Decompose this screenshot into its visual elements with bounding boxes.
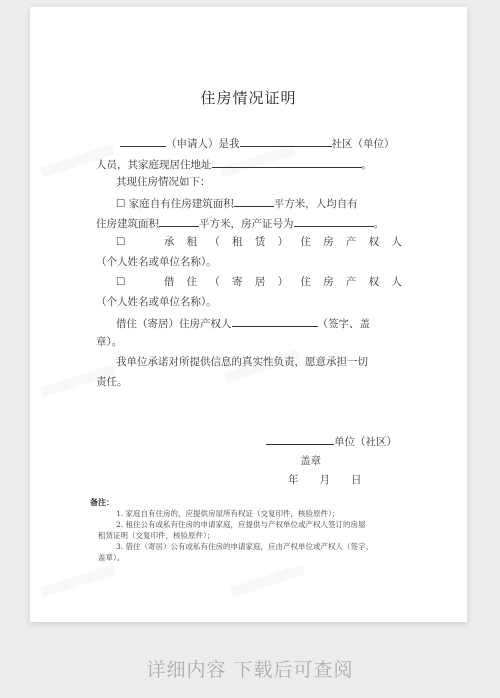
area-blank[interactable] — [234, 195, 274, 207]
text: （签字、盖 — [318, 318, 371, 330]
checkbox-lodging[interactable]: ☐ — [116, 275, 125, 289]
text: （ — [209, 235, 220, 249]
certificate-number-blank[interactable] — [294, 215, 374, 227]
text: 住 — [187, 275, 198, 289]
checkbox-rented[interactable]: ☐ — [116, 235, 125, 249]
document-page: ▒▒▒▒▒▒▒▒▒▒▒ ▒▒▒▒▒▒▒▒▒▒▒ ▒▒▒▒▒▒▒▒▒▒▒ ▒▒▒▒… — [30, 7, 467, 622]
text: 人 — [391, 235, 402, 249]
text: 单位（社区） — [334, 436, 397, 448]
applicant-name-blank[interactable] — [120, 135, 166, 147]
notes-title: 备注： — [90, 497, 410, 508]
applicant-line: （申请人）是我社区（单位） — [96, 135, 402, 151]
text: 房 — [323, 235, 334, 249]
text: 备注： — [90, 497, 114, 507]
document-title: 住房情况证明 — [30, 87, 467, 108]
option-owned-line1: ☐ 家庭自有住房建筑面积平方米，人均自有 — [96, 195, 402, 211]
owner-signature-line1: 借住（寄居）住房产权人（签字、盖 — [96, 315, 402, 331]
text: ） — [278, 275, 289, 289]
watermark: ▒▒▒▒▒▒▒▒▒▒▒ — [230, 565, 306, 598]
text: 权 — [369, 275, 380, 289]
note-item: 盖章）。 — [98, 552, 418, 563]
date-label: 年 月 日 — [288, 473, 388, 487]
text: 承 — [164, 235, 175, 249]
note-item: 3. 借住（寄居）公有或私有住房的申请家庭，应由产权单位或产权人（签字、 — [116, 541, 436, 552]
per-capita-area-blank[interactable] — [159, 215, 199, 227]
text: 产 — [346, 235, 357, 249]
text: 权 — [369, 235, 380, 249]
text: 。 — [362, 159, 373, 171]
text: 住 — [300, 275, 311, 289]
download-prompt[interactable]: 详细内容 下载后可查阅 — [0, 655, 500, 682]
text: 人员，其家庭现居住地址 — [96, 159, 212, 171]
owner-signature-blank[interactable] — [232, 315, 318, 327]
text: 人 — [391, 275, 402, 289]
text: ） — [278, 235, 289, 249]
text: 住 — [300, 235, 311, 249]
text: 房 — [323, 275, 334, 289]
text: 产 — [346, 275, 357, 289]
text: 家庭自有住房建筑面积 — [129, 198, 234, 210]
checkbox-owned[interactable]: ☐ — [116, 198, 125, 210]
text: 寄 — [232, 275, 243, 289]
text: （ — [209, 275, 220, 289]
option-lodging-line2: （个人姓名或单位名称）。 — [96, 295, 402, 309]
situation-intro: 其现住房情况如下： — [96, 175, 422, 189]
owner-signature-line2: 章）。 — [96, 335, 402, 349]
text: 社区（单位） — [332, 138, 395, 150]
text: （申请人）是我 — [166, 138, 240, 150]
text: 借 — [164, 275, 175, 289]
text: 赁 — [255, 235, 266, 249]
option-rented-line2: （个人姓名或单位名称）。 — [96, 255, 402, 269]
option-owned-line2: 住房建筑面积平方米，房产证号为。 — [96, 215, 402, 231]
note-item: 2. 租住公有或私有住房的申请家庭，应提供与产权单位或产权人签订的房屋 — [116, 519, 436, 530]
text: 租 — [232, 235, 243, 249]
text: 平方米，人均自有 — [274, 198, 358, 210]
text: 借住（寄居）住房产权人 — [116, 318, 232, 330]
address-line: 人员，其家庭现居住地址。 — [96, 156, 402, 172]
note-item: 1. 家庭自有住房的，应提供房屋所有权证（交复印件，核验原件）； — [116, 508, 436, 519]
text: 居 — [255, 275, 266, 289]
commitment-line2: 责任。 — [96, 375, 402, 389]
commitment-line1: 我单位承诺对所提供信息的真实性负责，愿意承担一切 — [96, 355, 422, 369]
note-item: 租赁证明（交复印件，核验原件）； — [98, 530, 418, 541]
text: 。 — [374, 218, 385, 230]
text: 租 — [187, 235, 198, 249]
seal-label: 盖章 — [300, 454, 360, 468]
address-blank[interactable] — [212, 156, 362, 168]
unit-name-blank[interactable] — [266, 433, 334, 445]
text: 住房建筑面积 — [96, 218, 159, 230]
unit-signature-line: 单位（社区） — [266, 433, 416, 449]
watermark: ▒▒▒▒▒▒▒▒▒▒▒ — [40, 565, 116, 598]
text: 平方米，房产证号为 — [199, 218, 294, 230]
community-blank[interactable] — [240, 135, 332, 147]
option-rented-line1: ☐ 承 租 （ 租 赁 ） 住 房 产 权 人 — [96, 235, 402, 249]
option-lodging-line1: ☐ 借 住 （ 寄 居 ） 住 房 产 权 人 — [96, 275, 402, 289]
